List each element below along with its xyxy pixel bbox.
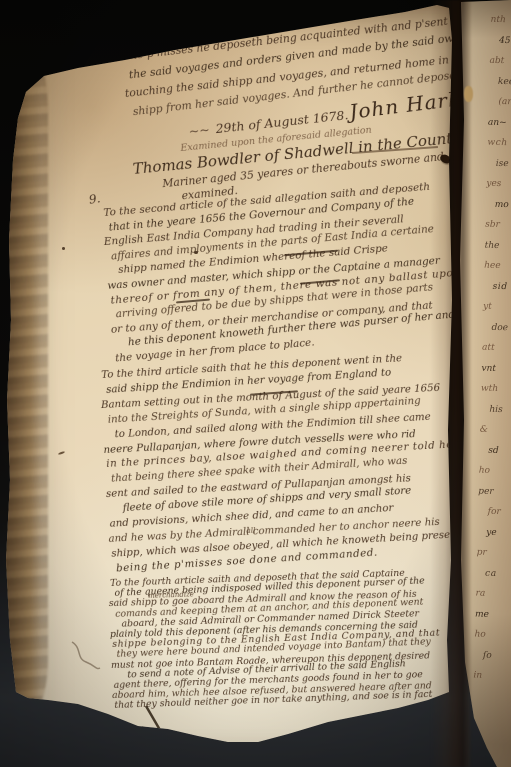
handwritten-line: ca	[485, 563, 510, 584]
handwritten-line: yes	[486, 174, 511, 195]
interlinear-insertion: all	[246, 526, 256, 535]
margin-number: 9.	[88, 191, 101, 206]
deposition-paragraph-second-article: To the second article of the said allega…	[103, 177, 482, 366]
handwritten-line: wch	[487, 133, 511, 154]
handwritten-line: me	[475, 604, 504, 625]
handwritten-line: sbr	[485, 215, 511, 236]
handwritten-line: ſo	[483, 645, 508, 666]
handwritten-line: hee	[484, 256, 511, 277]
date-flourish: ~~	[188, 122, 210, 139]
handwritten-line: ise	[496, 153, 511, 174]
handwritten-line: kee	[498, 71, 511, 92]
photo-frame: The p'misses he deposeth being acquainte…	[0, 0, 511, 767]
handwritten-line: att	[482, 338, 511, 359]
handwritten-line: sid	[492, 276, 511, 297]
handwritten-line: ye	[486, 522, 511, 543]
handwritten-line: wth	[481, 379, 511, 400]
handwritten-line: mo	[495, 194, 511, 215]
ink-speck	[62, 247, 65, 250]
handwritten-line: nth	[490, 10, 511, 31]
handwritten-line: pr	[476, 543, 505, 564]
handwritten-line: his	[489, 399, 511, 420]
handwritten-line: ra	[475, 584, 506, 605]
deposition-paragraph-fourth-article: To the fourth article saith and deposeth…	[110, 568, 442, 712]
interlinear-insertion: merchandize	[148, 590, 194, 600]
handwritten-line: the	[484, 235, 511, 256]
handwritten-line: abt	[489, 51, 511, 72]
handwritten-line: per	[478, 481, 507, 502]
handwritten-line: in	[473, 665, 502, 686]
handwritten-line: &	[480, 420, 509, 441]
page-deckle-edge	[2, 64, 48, 709]
deposition-paragraph-third-article: To the third article saith that he this …	[101, 349, 465, 577]
paper-repair-spot	[464, 86, 473, 102]
handwritten-line: ho	[479, 461, 510, 482]
handwritten-line: sd	[488, 440, 511, 461]
handwritten-line: an~	[488, 112, 511, 133]
book-gutter-shadow	[430, 0, 472, 767]
handwritten-line: doe	[491, 317, 511, 338]
handwritten-line: yt	[483, 297, 511, 318]
ink-speck	[194, 251, 198, 254]
handwritten-line: (ar	[498, 92, 511, 113]
handwritten-line: vnt	[481, 358, 510, 379]
faint-margin-scribble	[66, 638, 106, 674]
handwritten-line: for	[487, 502, 508, 523]
handwritten-line: 45	[499, 30, 511, 51]
handwritten-line: ho	[474, 625, 505, 646]
paper-crack-mark	[138, 700, 208, 748]
